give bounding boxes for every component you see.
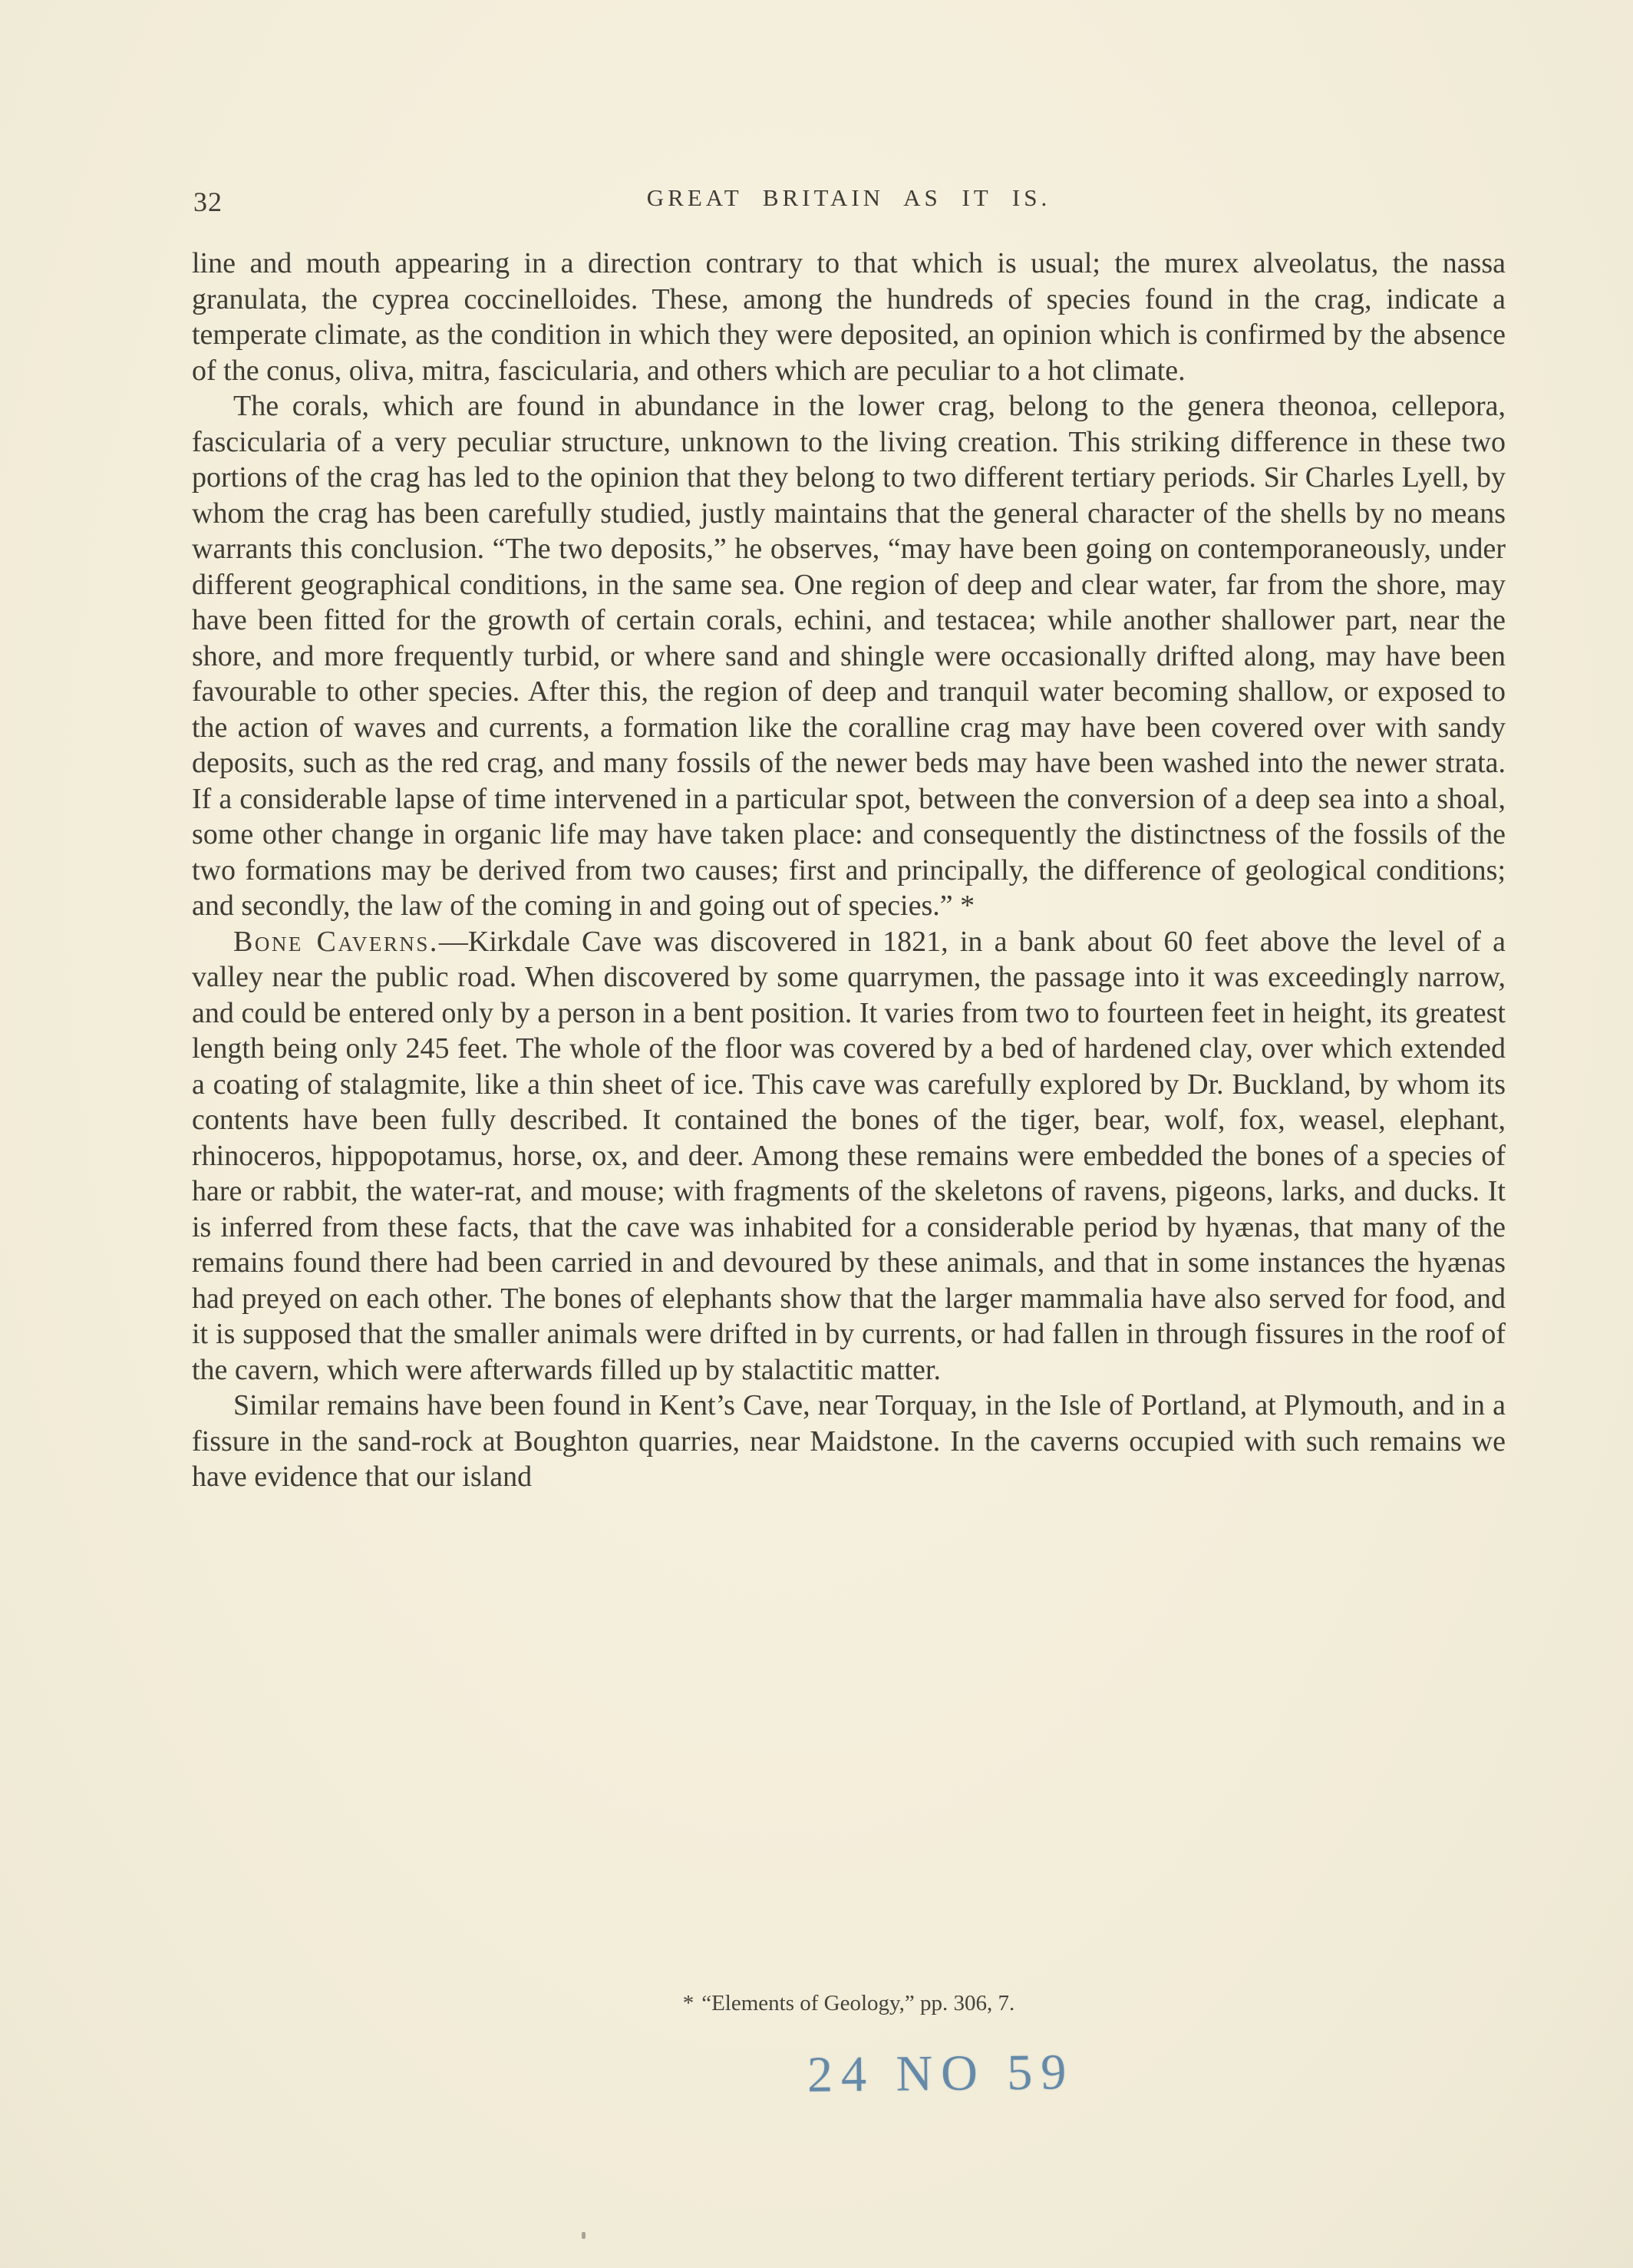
paragraph-text: —Kirkdale Cave was discovered in 1821, i…	[192, 926, 1506, 1386]
footnote: *“Elements of Geology,” pp. 306, 7.	[192, 1991, 1506, 2016]
paragraph-crag-shells: line and mouth appearing in a direction …	[192, 246, 1506, 388]
library-date-stamp: 24 NO 59	[807, 2043, 1075, 2105]
paragraph-text: The corals, which are found in abundance…	[192, 390, 1506, 922]
paragraph-bone-caverns: Bone Caverns.—Kirkdale Cave was discover…	[192, 924, 1506, 1388]
scanned-book-page: 32 GREAT BRITAIN AS IT IS. line and mout…	[0, 0, 1633, 2268]
page-number: 32	[193, 186, 223, 218]
running-title: GREAT BRITAIN AS IT IS.	[192, 184, 1506, 212]
paragraph-corals-lyell: The corals, which are found in abundance…	[192, 388, 1506, 924]
paragraph-text: line and mouth appearing in a direction …	[192, 247, 1506, 387]
paragraph-similar-remains: Similar remains have been found in Kent’…	[192, 1388, 1506, 1495]
footnote-text: “Elements of Geology,” pp. 306, 7.	[701, 1991, 1014, 2015]
body-text: line and mouth appearing in a direction …	[192, 246, 1506, 1495]
paragraph-lead-smallcaps: Bone Caverns.	[233, 926, 439, 958]
footnote-asterisk: *	[683, 1991, 702, 2015]
page-header: 32 GREAT BRITAIN AS IT IS.	[192, 184, 1506, 221]
paragraph-text: Similar remains have been found in Kent’…	[192, 1389, 1506, 1493]
